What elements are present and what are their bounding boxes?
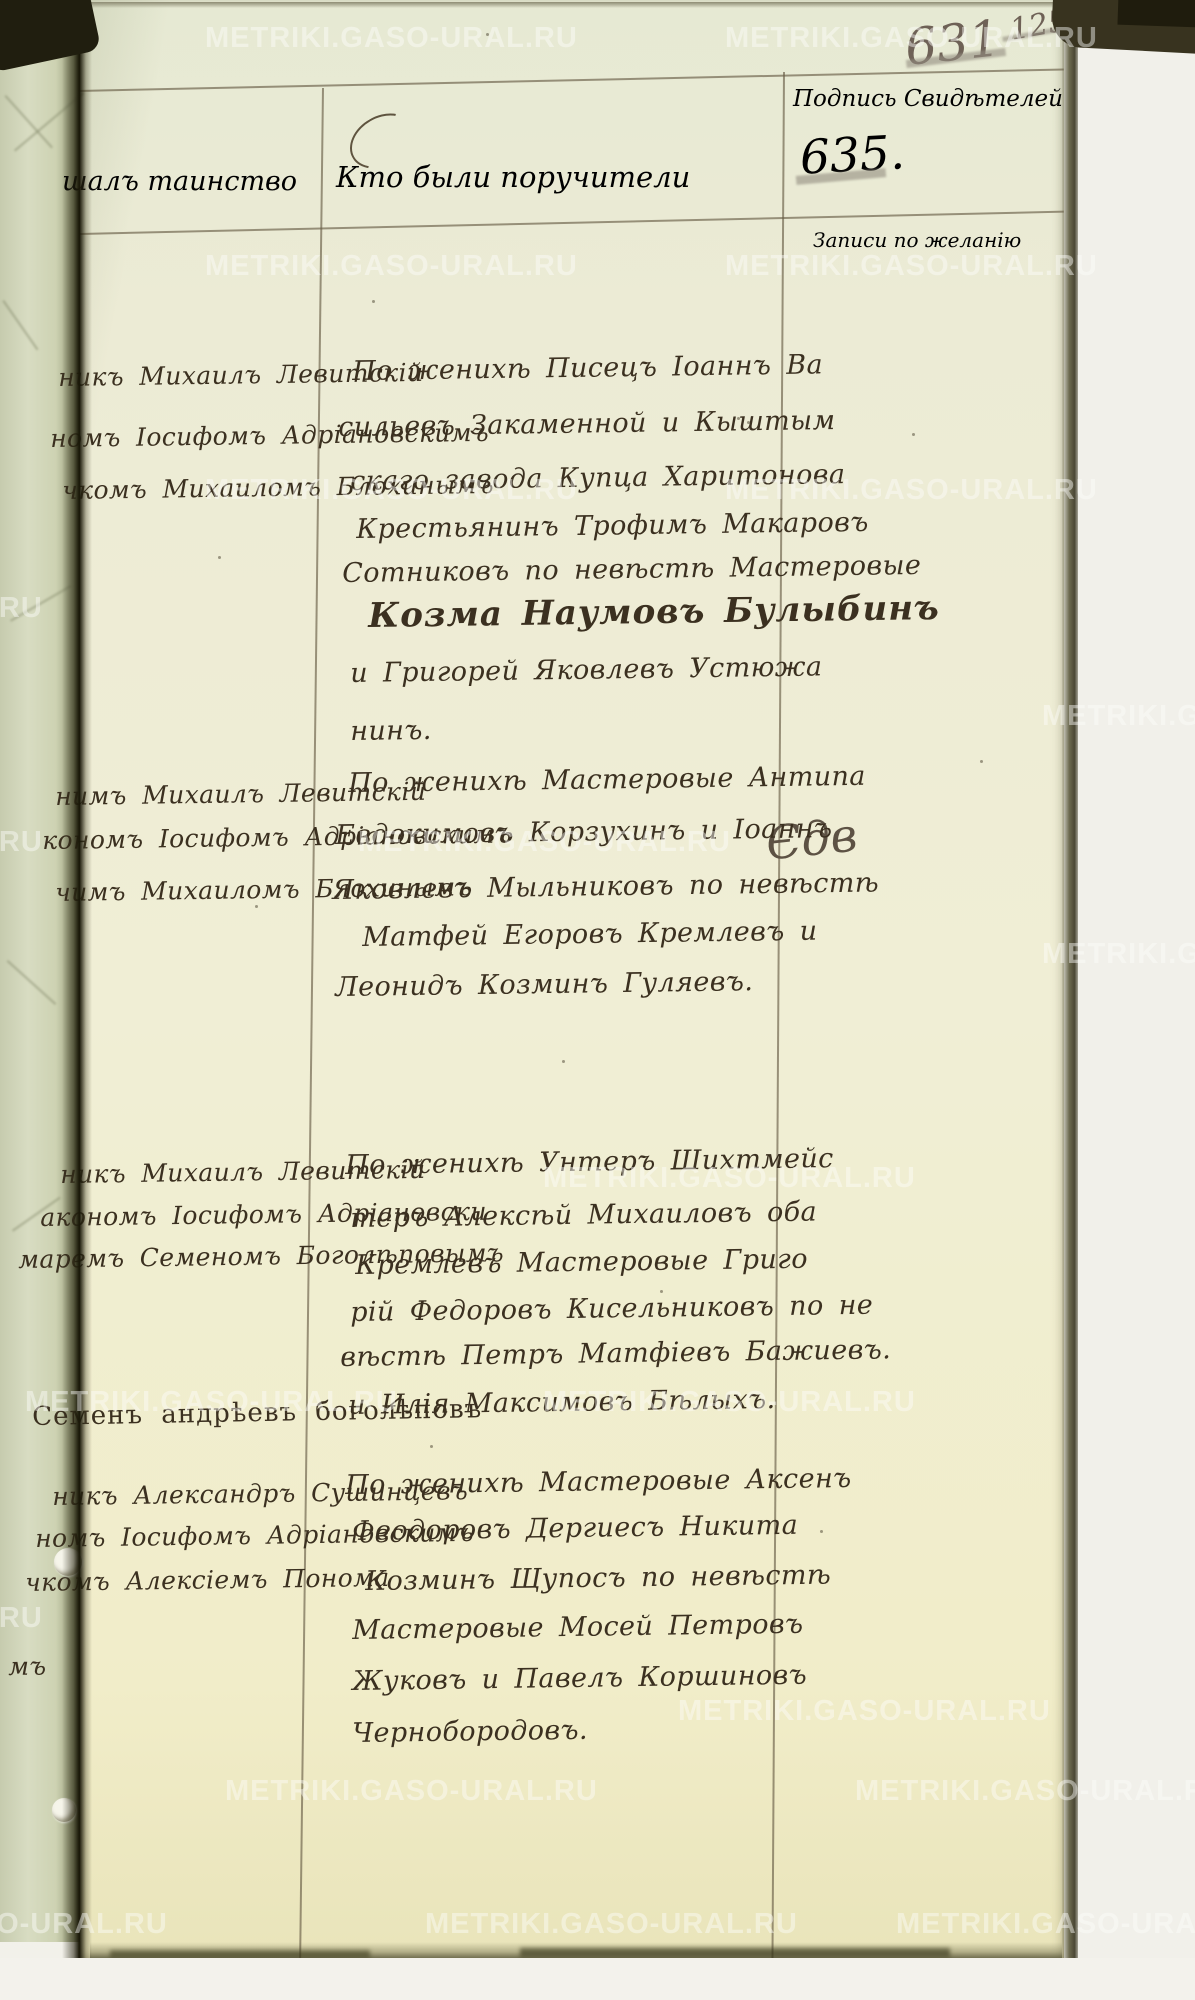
ink-speck: [486, 33, 489, 36]
header-col1-sacrament: шалъ таинство: [62, 166, 297, 197]
header-col3-notes: Записи по желанію: [813, 228, 1021, 252]
header-col3-signature: Подпись Свидѣтелей: [793, 86, 1063, 112]
witnesses-line: Матфей Егоровъ Кремлевъ и: [362, 916, 818, 953]
ink-speck: [980, 760, 983, 763]
witnesses-line: Леонидъ Козминъ Гуляевъ.: [335, 966, 754, 1003]
ink-speck: [562, 1060, 565, 1063]
ink-speck: [912, 433, 915, 436]
witnesses-line: Чернобородовъ.: [352, 1715, 588, 1749]
witnesses-line: Феодоровъ Дергиесъ Никита: [352, 1510, 798, 1547]
witnesses-line: и Григорей Яковлевъ Устюжа: [350, 651, 823, 689]
page-top-edge: [78, 2, 1066, 8]
bottom-smudge-left: [110, 1950, 370, 1958]
witnesses-line: По женихѣ Писецъ Іоаннъ Ва: [352, 349, 823, 387]
witnesses-line: и Илія Максимовъ Бѣлыхъ.: [348, 1384, 776, 1421]
ink-speck: [255, 905, 258, 908]
ink-speck: [660, 1290, 663, 1293]
witnesses-line: Кремлевъ Мастеровые Григо: [355, 1244, 808, 1281]
witnesses-line: нинъ.: [350, 715, 432, 747]
witnesses-line: теръ Алексѣй Михаиловъ оба: [350, 1196, 817, 1234]
header-col2-witnesses: Кто были поручители: [336, 160, 690, 194]
witnesses-line: Жуковъ и Павелъ Коршиновъ: [352, 1660, 807, 1697]
witnesses-line: Мастеровые Мосей Петровъ: [352, 1609, 804, 1646]
ink-speck: [737, 417, 740, 420]
scanned-register-page: шалъ таинство Кто были поручители Подпис…: [0, 0, 1195, 2000]
scanner-background-right: [1078, 0, 1195, 2000]
witnesses-line: Козма Наумовъ Булыбинъ: [368, 588, 940, 636]
ink-speck: [218, 556, 221, 559]
binding-gutter-shadow: [62, 0, 92, 1958]
ink-speck: [820, 1530, 823, 1533]
ink-speck: [372, 300, 375, 303]
officiants-line: мъ: [8, 1651, 47, 1681]
witnesses-line: Козминъ Щупосъ по невѣстѣ: [365, 1559, 831, 1597]
ink-speck: [430, 1445, 433, 1448]
scanner-background-bottom: [0, 1958, 1195, 2000]
torn-corner-top-right-dark: [1117, 0, 1195, 27]
bottom-smudge-right: [520, 1948, 950, 1957]
ink-speck: [747, 421, 750, 424]
